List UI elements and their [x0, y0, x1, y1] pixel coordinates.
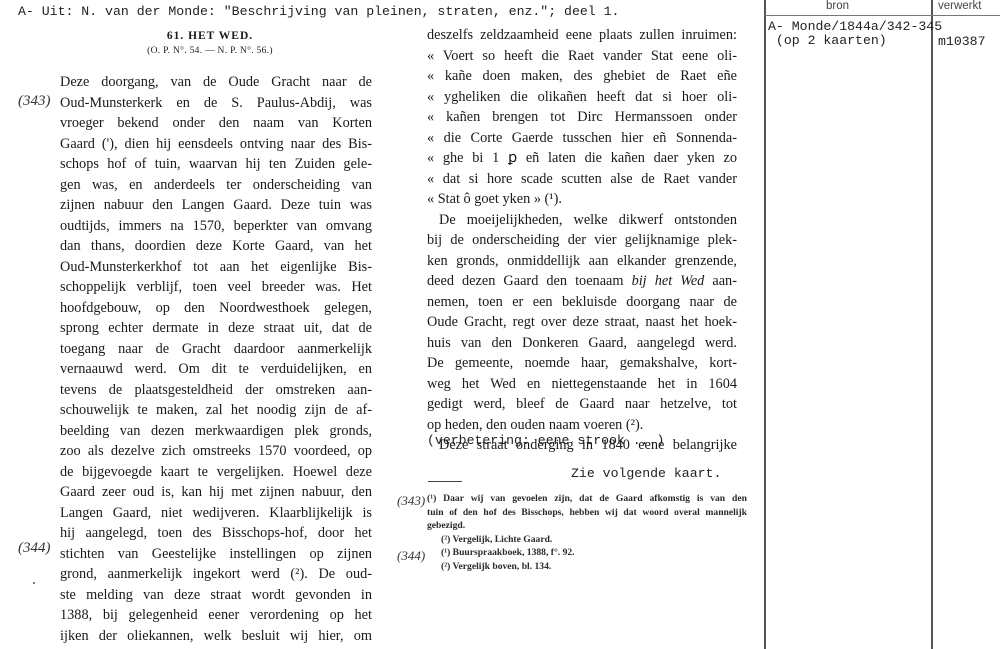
quote-line: « ygheliken die olikañen heeft dat si ho… — [427, 87, 737, 108]
text-line: de bijgevoegde kaart te vergelijken. Hoe… — [60, 462, 372, 483]
text-line: schops hof of tuin, waarvan hij ten Zuid… — [60, 154, 372, 175]
quote-line: « kañen brengen tot Dirc Hermanssoen ond… — [427, 107, 737, 128]
text-line: deszelfs zeldzaamheid eene plaats zullen… — [427, 25, 737, 46]
text-line: Oud-Munsterkerkhof tot aan het eigenlijk… — [60, 257, 372, 278]
processed-id: m10387 — [938, 34, 985, 49]
column-header-source: bron — [826, 0, 849, 12]
footnote-line: tuin of den hof des Bisschops, hebben wi… — [427, 506, 747, 520]
footnote-divider — [428, 481, 462, 482]
register-table: bron verwerkt A- Monde/1844a/342-345 (op… — [764, 0, 1000, 649]
text-line: Gaard ('), dien hij eensdeels ontving na… — [60, 134, 372, 155]
text-line: oudtijds, immers na 1570, beperkter van … — [60, 216, 372, 237]
text-line: op heden, den ouden naam voeren (²). — [427, 415, 737, 436]
text-line: tevens de plaatsgesteldheid der omstreke… — [60, 380, 372, 401]
footnote-line: (²) Vergelijk, Lichte Gaard. — [427, 533, 747, 547]
italic-phrase: bij het Wed — [632, 273, 705, 289]
source-reference: A- Monde/1844a/342-345 — [768, 19, 942, 34]
text-line: deed dezen Gaard den toenaam bij het Wed… — [427, 271, 737, 292]
margin-page-344: (344) — [18, 540, 51, 557]
text-line: stichten van Geestelijke instellingen op… — [60, 544, 372, 565]
text-line: nemen, toen er een bekluisde doorgang na… — [427, 292, 737, 313]
text-line: toegang naar de Gracht daardoor aanmerke… — [60, 339, 372, 360]
source-note: (op 2 kaarten) — [768, 33, 887, 48]
text-line: huis van den Donkeren Gaard, aangelegd w… — [427, 333, 737, 354]
text-line: ken gronds, onmiddellijk aan elkander gr… — [427, 251, 737, 272]
text-line: Langen Gaard, niet wedijveren. Klaarblij… — [60, 503, 372, 524]
quote-line: « Stat ô goet yken » (¹). — [427, 189, 737, 210]
text-line: vroeger bekend onder den naam van Korten — [60, 113, 372, 134]
table-border-middle — [931, 0, 933, 649]
left-column-text: Deze doorgang, van de Oude Gracht naar d… — [60, 72, 372, 646]
table-header-rule — [764, 15, 1000, 16]
text-line: ijken der oliekannen, welk besluit wij h… — [60, 626, 372, 647]
text-line: Gaard zeer oud is, kan hij met zijnen na… — [60, 482, 372, 503]
chapter-subtitle: (O. P. N°. 54. — N. P. N°. 56.) — [60, 46, 360, 62]
text-line: dan thans, doordien deze Korte Gaard, va… — [60, 236, 372, 257]
text-line: gen was, en anderdeels ter onderscheidin… — [60, 175, 372, 196]
text-line: weg het Wed en niettegenstaande het in 1… — [427, 374, 737, 395]
quote-line: « kañe doen maken, des ghebiet de Raet e… — [427, 66, 737, 87]
margin-page-343: (343) — [18, 93, 51, 110]
typed-see-next-map: Zie volgende kaart. — [571, 466, 721, 481]
text-line: hoofdgebouw, op den Noordwesthoek gelege… — [60, 298, 372, 319]
typed-correction: (verbetering: eene strook ...) — [427, 433, 664, 448]
quote-line: « ghe bi 1 ꝑ eñ laten die kañen daer yke… — [427, 148, 737, 169]
footnote-margin-344: (344) — [397, 548, 425, 564]
text-line: schouwelijk te maken, zal het noodig zij… — [60, 400, 372, 421]
text-line: Deze doorgang, van de Oude Gracht naar d… — [60, 72, 372, 93]
footnote-line: (¹) Daar wij van gevoelen zijn, dat de G… — [427, 492, 747, 506]
text-line: schoppelijk verblijf, toen veel breeder … — [60, 277, 372, 298]
text-line: De moeijelijkheden, welke dikwerf ontsto… — [427, 210, 737, 231]
footnote-line: (¹) Buurspraakboek, 1388, f°. 92. — [427, 546, 747, 560]
quote-line: « die Corte Gaerde tusschen hier eñ Sonn… — [427, 128, 737, 149]
chapter-title: 61. HET WED. — [60, 30, 360, 44]
text-line: 1388, bij gelegenheid eener verordening … — [60, 605, 372, 626]
text-line: De gemeente, noemde haar, gemakshalve, k… — [427, 353, 737, 374]
text-line: gedigt werd, bleef de Gaard naar hetzelv… — [427, 394, 737, 415]
text-line: zijnen nabuur den Langen Gaard. Deze tui… — [60, 195, 372, 216]
chapter-heading: 61. HET WED. (O. P. N°. 54. — N. P. N°. … — [60, 30, 360, 62]
text-line: Oud-Munsterkerk en de S. Paulus-Abdij, w… — [60, 93, 372, 114]
text-fragment: aan- — [704, 273, 737, 289]
text-line: beelding van dezen merkwaardigen plek gr… — [60, 421, 372, 442]
text-line: zoo als dezelve zich omstreeks 1570 voor… — [60, 441, 372, 462]
table-border-left — [764, 0, 766, 649]
column-header-processed: verwerkt — [938, 0, 981, 12]
quote-line: « Voert so heeft die Raet vander Stat ee… — [427, 46, 737, 67]
text-line: grond, aanmerkelijk ingekort werd (²). D… — [60, 564, 372, 585]
footnote-line: gebezigd. — [427, 519, 747, 533]
text-line: Oude Gracht, regt over deze straat, naas… — [427, 312, 737, 333]
stray-mark — [33, 582, 35, 584]
document-header: A- Uit: N. van der Monde: "Beschrijving … — [18, 4, 619, 19]
text-fragment: deed dezen Gaard den toenaam — [427, 273, 632, 289]
text-line: hij aangelegd, toen des Bisschops-hof, d… — [60, 523, 372, 544]
footnote-margin-343: (343) — [397, 493, 425, 509]
text-line: bij de onderscheiding der vier gelijknam… — [427, 230, 737, 251]
text-line: ste melding van deze straat wordt gevond… — [60, 585, 372, 606]
right-column-text: deszelfs zeldzaamheid eene plaats zullen… — [427, 25, 737, 456]
text-line: vernaauwd werd. Om dit te verduidelijken… — [60, 359, 372, 380]
footnotes: (¹) Daar wij van gevoelen zijn, dat de G… — [427, 492, 747, 573]
footnote-line: (²) Vergelijk boven, bl. 134. — [427, 560, 747, 574]
text-line: sprong echter dermate in deze straat uit… — [60, 318, 372, 339]
quote-line: « dat si hore scade scutten alse de Raet… — [427, 169, 737, 190]
